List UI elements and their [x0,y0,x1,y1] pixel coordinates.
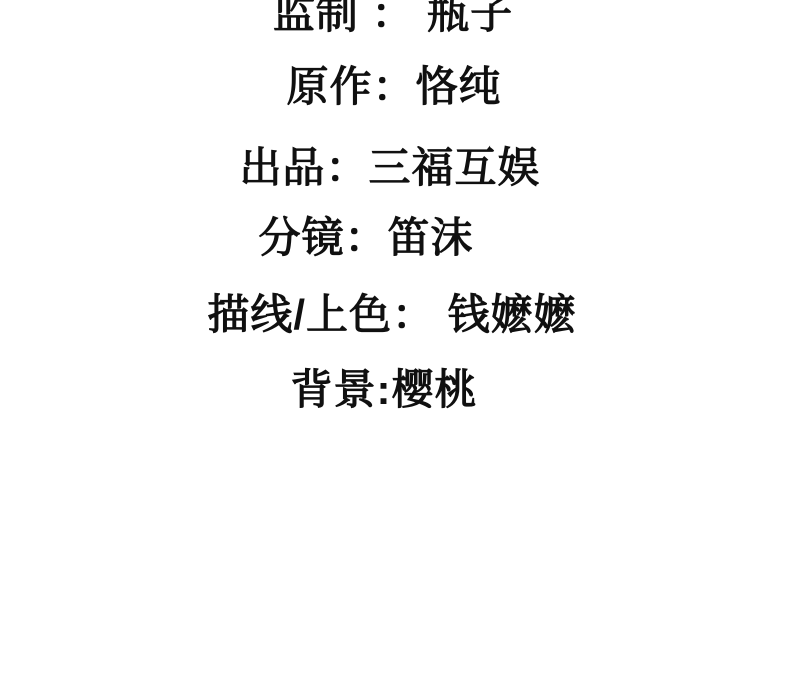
credit-line-original-author: 原作：恪纯 [0,66,794,108]
credit-line-background-art: 背景:樱桃 [0,369,784,411]
credit-line-storyboard: 分镜：笛沫 [0,217,766,259]
credits-page: 监制 ： 瓶子 原作：恪纯 出品：三福互娱 分镜：笛沫 描线/上色： 钱嬷嬷 背… [0,0,800,675]
credit-line-supervisor: 监制 ： 瓶子 [0,0,793,35]
credit-line-lineart-coloring: 描线/上色： 钱嬷嬷 [0,294,792,336]
credit-line-producer: 出品：三福互娱 [0,147,790,189]
